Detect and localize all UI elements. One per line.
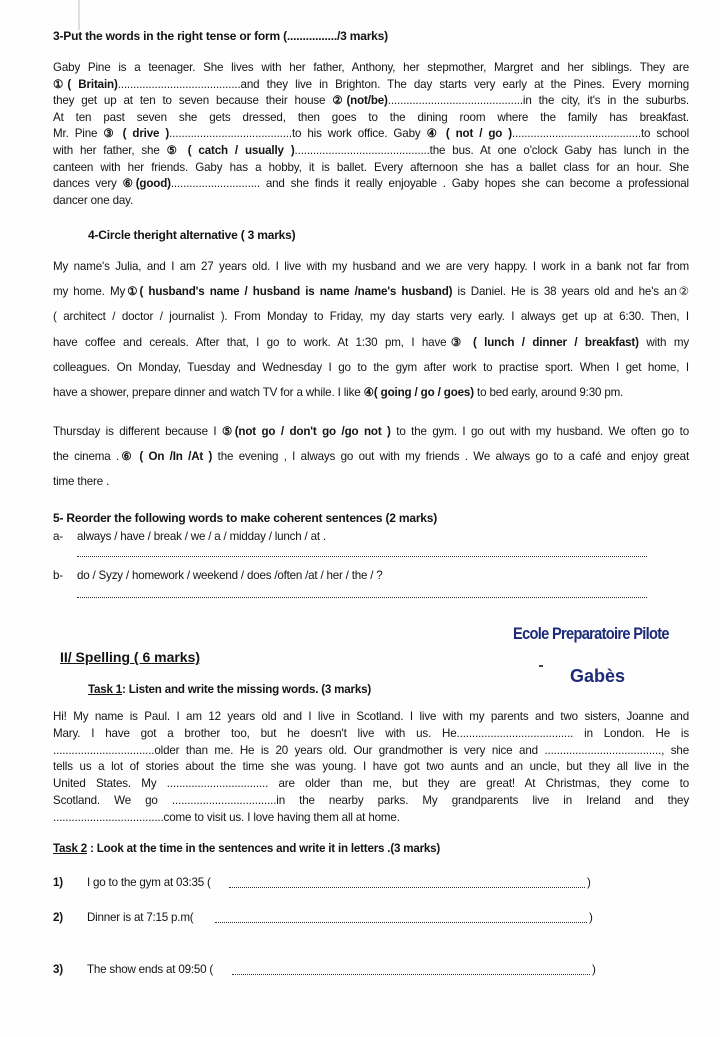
- answer-line-a[interactable]: [77, 556, 647, 557]
- section3-text: Gaby Pine is a teenager. She lives with …: [53, 60, 689, 209]
- section3-line: dancer one day.: [53, 193, 689, 210]
- task2-label: Task 2: [53, 842, 87, 855]
- section4-heading: 4-Circle theright alternative ( 3 marks): [88, 228, 720, 242]
- task1-line: tells us a lot of stories about the time…: [53, 759, 689, 776]
- section4-line: colleagues. On Monday, Tuesday and Wedne…: [53, 355, 689, 380]
- reorder-item-words: always / have / break / we / a / midday …: [77, 530, 326, 543]
- task1-line: United States. My ......................…: [53, 776, 689, 793]
- task1-heading: Task 1: Listen and write the missing wor…: [88, 683, 371, 696]
- answer-line-b[interactable]: [77, 597, 647, 598]
- task2-item-3: 3)The show ends at 09:50 (: [53, 963, 213, 976]
- school-logo-city: Gabès: [570, 666, 625, 687]
- close-paren: ): [587, 876, 591, 889]
- answer-line-2[interactable]: [215, 922, 587, 923]
- close-paren: ): [589, 911, 593, 924]
- task2-heading: Task 2 : Look at the time in the sentenc…: [53, 842, 440, 855]
- section3-line: canteen with her friends. Gaby has a hob…: [53, 160, 689, 177]
- answer-line-1[interactable]: [229, 887, 585, 888]
- section5-heading: 5- Reorder the following words to make c…: [53, 511, 689, 525]
- section4-line: the cinema .⑥ ( On /In /At ) the evening…: [53, 444, 689, 469]
- task1-instruction: : Listen and write the missing words. (3…: [122, 683, 371, 696]
- section3-line: Gaby Pine is a teenager. She lives with …: [53, 60, 689, 77]
- reorder-item-label: b-: [53, 569, 77, 582]
- answer-line-3[interactable]: [232, 974, 590, 975]
- task2-item-label: 1): [53, 876, 87, 889]
- task1-label: Task 1: [88, 683, 122, 696]
- section4-line: time there .: [53, 469, 689, 494]
- reorder-item-label: a-: [53, 530, 77, 543]
- reorder-item-a: a-always / have / break / we / a / midda…: [53, 530, 326, 543]
- task2-item-label: 2): [53, 911, 87, 924]
- section3-line: ①( Britain).............................…: [53, 77, 689, 94]
- section3-heading: 3-Put the words in the right tense or fo…: [53, 29, 689, 43]
- task1-line: Mary. I have got a brother too, but he d…: [53, 726, 689, 743]
- task1-line: Scotland. We go ........................…: [53, 793, 689, 810]
- section4-line: My name's Julia, and I am 27 years old. …: [53, 254, 689, 279]
- exam-page: 3-Put the words in the right tense or fo…: [0, 0, 720, 1037]
- section3-line: with her father, she ⑤ ( catch / usually…: [53, 143, 689, 160]
- spelling-section-title: II/ Spelling ( 6 marks): [60, 649, 200, 665]
- section4-text-2: Thursday is different because I ⑤(not go…: [53, 419, 689, 495]
- section4-text: My name's Julia, and I am 27 years old. …: [53, 254, 689, 405]
- school-logo-name: Ecole Preparatoire Pilote: [513, 624, 669, 644]
- paper-fold-mark: [78, 0, 80, 30]
- section3-line: Mr. Pine ③ ( drive )....................…: [53, 126, 689, 143]
- section4-line: have coffee and cereals. After that, I g…: [53, 330, 689, 355]
- logo-mark: [539, 665, 543, 667]
- section4-line: Thursday is different because I ⑤(not go…: [53, 419, 689, 444]
- task2-item-label: 3): [53, 963, 87, 976]
- task1-text: Hi! My name is Paul. I am 12 years old a…: [53, 709, 689, 827]
- section3-line: they get up at ten to seven because thei…: [53, 93, 689, 110]
- task2-item-text: The show ends at 09:50 (: [87, 963, 213, 976]
- task1-line: .................................older t…: [53, 743, 689, 760]
- section4-line: have a shower, prepare dinner and watch …: [53, 380, 689, 405]
- task1-line: ....................................come…: [53, 810, 689, 827]
- section3-line: At ten past seven she gets dressed, then…: [53, 110, 689, 127]
- reorder-item-words: do / Syzy / homework / weekend / does /o…: [77, 569, 383, 582]
- close-paren: ): [592, 963, 596, 976]
- task2-instruction: : Look at the time in the sentences and …: [87, 842, 440, 855]
- task2-item-1: 1)I go to the gym at 03:35 (: [53, 876, 211, 889]
- task1-line: Hi! My name is Paul. I am 12 years old a…: [53, 709, 689, 726]
- section4-line: ( architect / doctor / journalist ). Fro…: [53, 304, 689, 329]
- task2-item-2: 2)Dinner is at 7:15 p.m(: [53, 911, 193, 924]
- section3-line: dances very ⑥(good).....................…: [53, 176, 689, 193]
- section4-line: my home. My①( husband's name / husband i…: [53, 279, 689, 304]
- task2-item-text: Dinner is at 7:15 p.m(: [87, 911, 193, 924]
- reorder-item-b: b-do / Syzy / homework / weekend / does …: [53, 569, 383, 582]
- task2-item-text: I go to the gym at 03:35 (: [87, 876, 211, 889]
